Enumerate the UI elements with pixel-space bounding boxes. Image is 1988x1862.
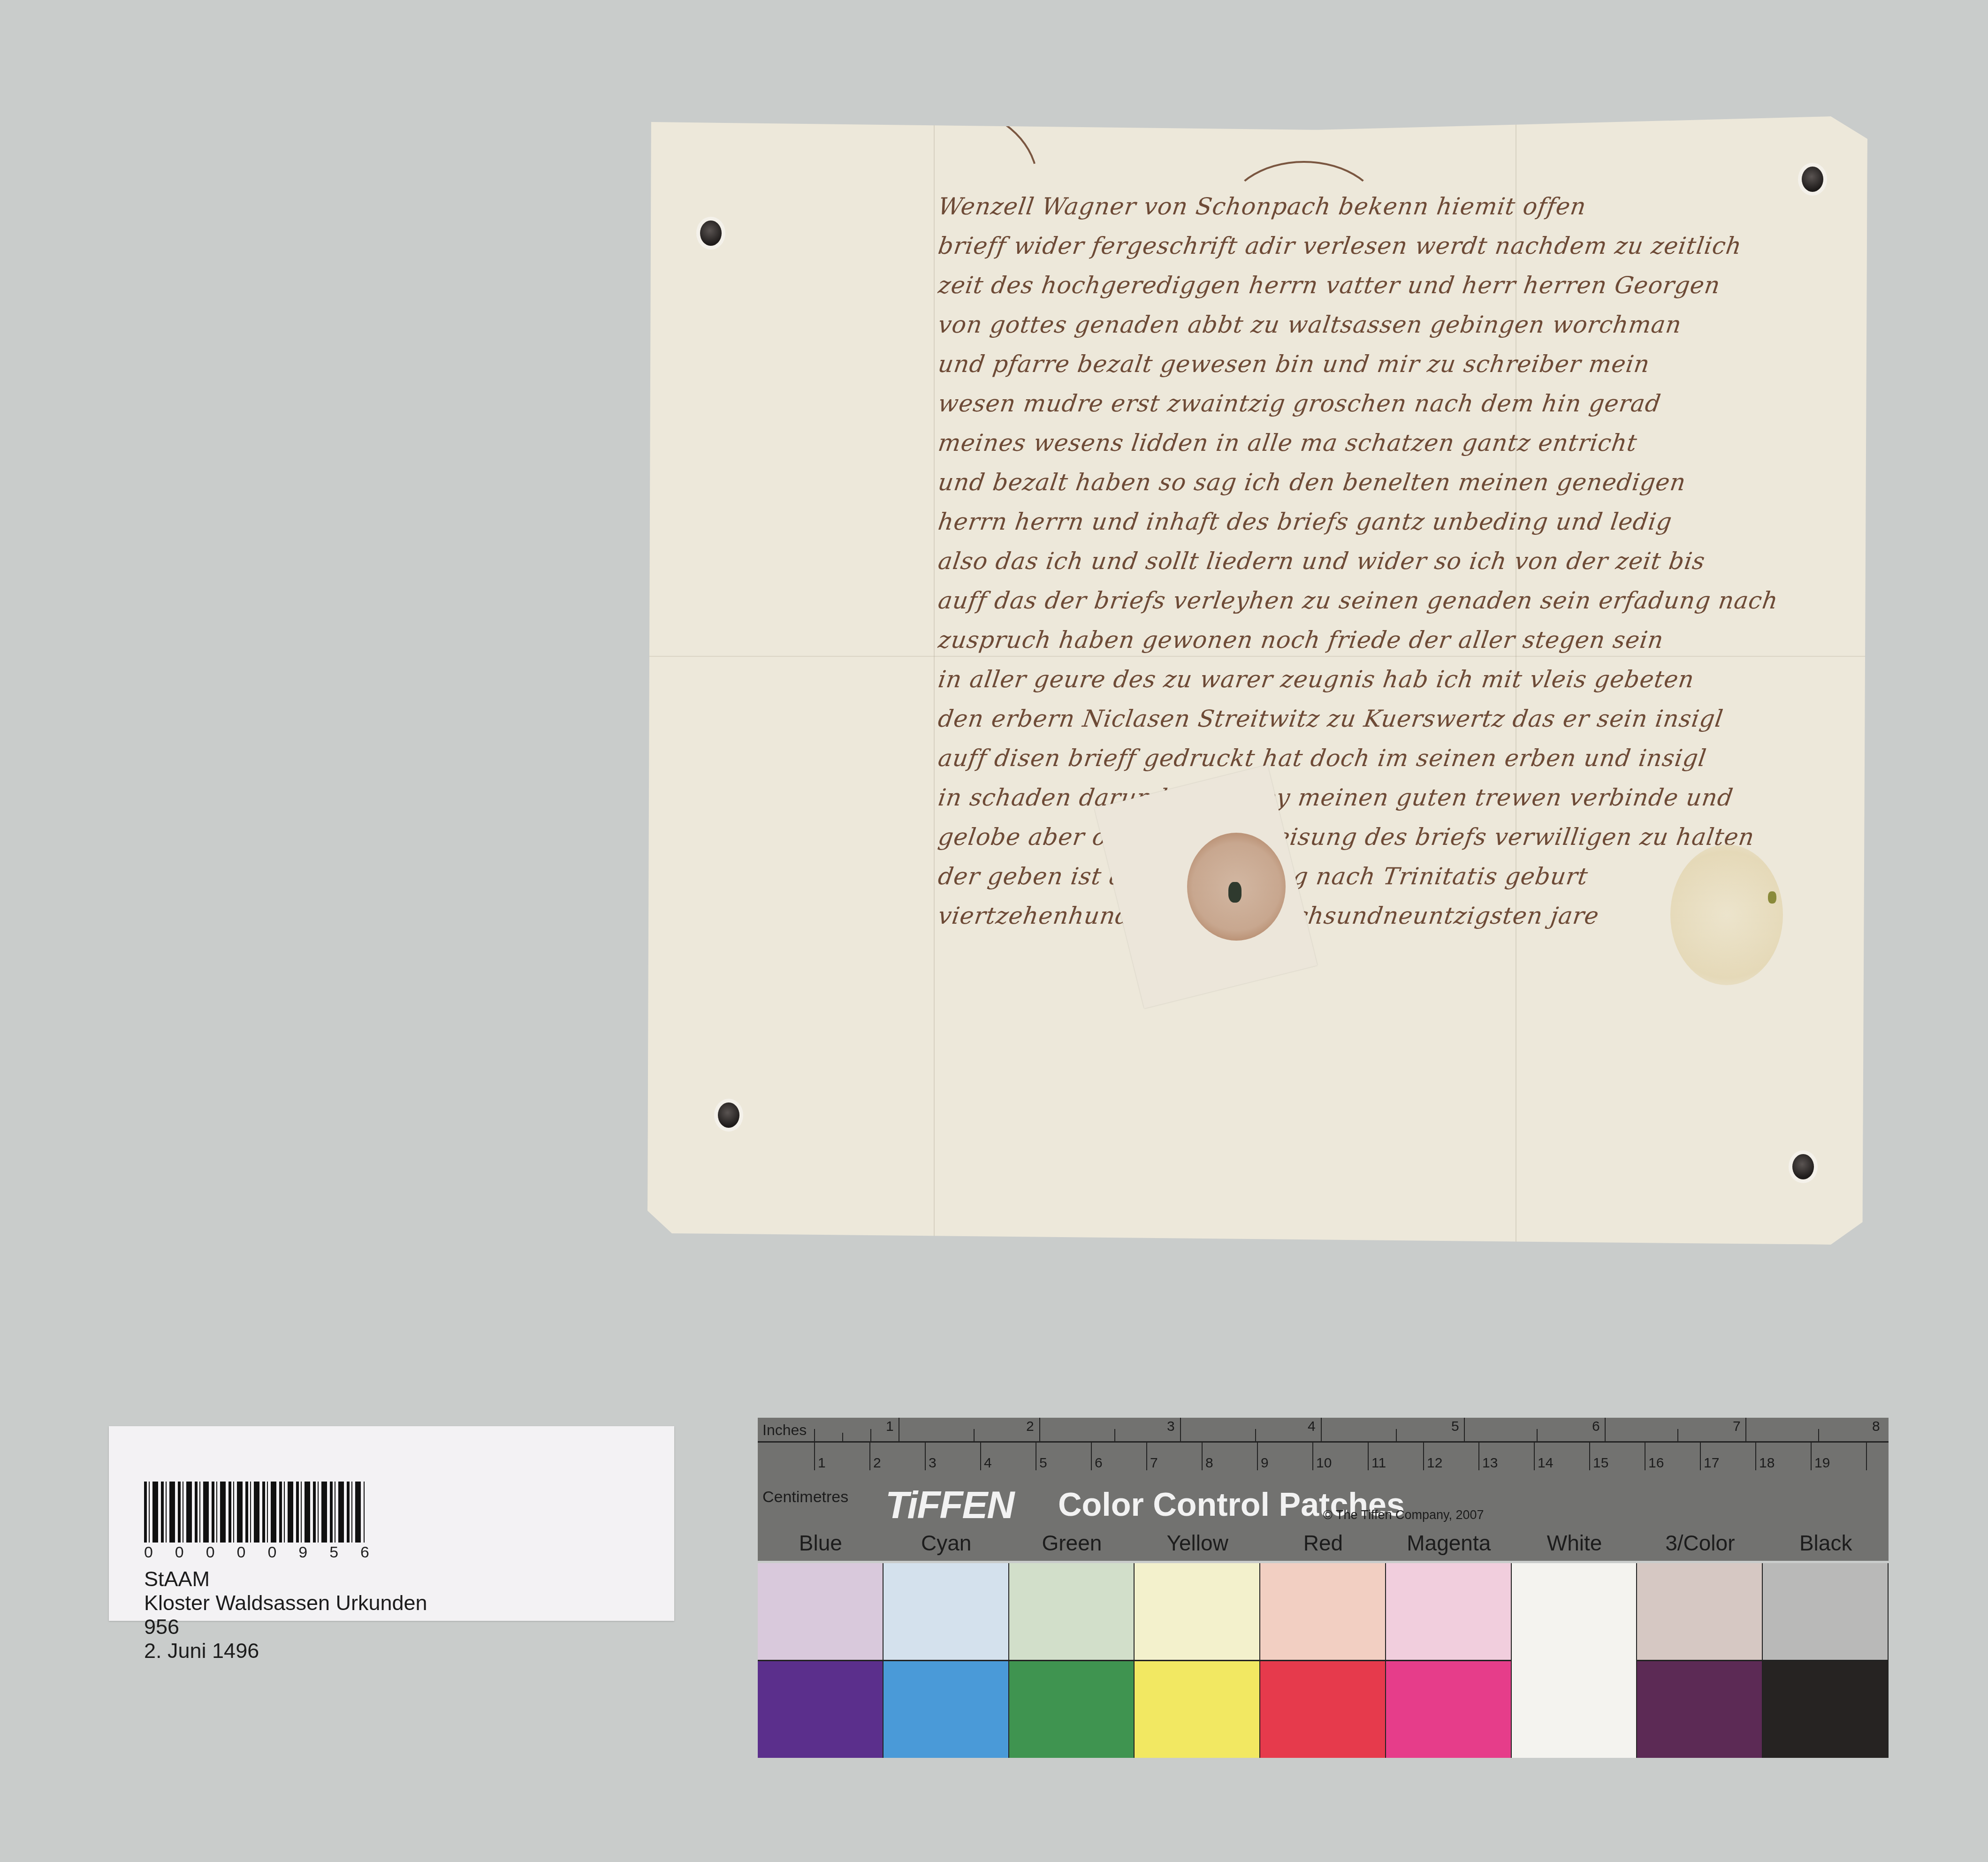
cm-tick-label: 11 [1371, 1455, 1386, 1471]
barcode-digit: 9 [298, 1543, 307, 1562]
inch-ruler: Inches 1 2 3 4 5 6 7 8 [758, 1418, 1889, 1443]
cm-tick-label: 14 [1538, 1455, 1553, 1471]
patch-light [1009, 1563, 1134, 1661]
archive-label: 0 0 0 0 0 9 5 6 StAAM Kloster Waldsassen… [109, 1426, 674, 1621]
inches-label: Inches [762, 1421, 807, 1439]
collection-name: Kloster Waldsassen Urkunden [144, 1591, 427, 1615]
cm-tick-label: 13 [1482, 1455, 1498, 1471]
mount-hole [1802, 167, 1823, 192]
mount-hole [718, 1102, 739, 1128]
patch-saturated [1512, 1661, 1637, 1758]
color-patch-yellow [1135, 1563, 1260, 1758]
manuscript-line: also das ich und sollt liedern und wider… [936, 541, 1828, 581]
manuscript-line: und bezalt haben so sag ich den benelten… [936, 463, 1828, 502]
archive-name: StAAM [144, 1567, 427, 1591]
manuscript-line: auff das der briefs verleyhen zu seinen … [936, 581, 1828, 620]
seal-attachment [1228, 882, 1242, 903]
cm-tick-label: 19 [1814, 1455, 1830, 1471]
inch-tick-label: 6 [1592, 1419, 1600, 1435]
charter-document: Wenzell Wagner von Schonpach bekenn hiem… [647, 116, 1867, 1245]
patch-saturated [1763, 1661, 1888, 1758]
inch-tick-label: 5 [1451, 1419, 1459, 1435]
cm-tick-label: 16 [1648, 1455, 1664, 1471]
manuscript-line: von gottes genaden abbt zu waltsassen ge… [936, 305, 1828, 344]
manuscript-line: wesen mudre erst zwaintzig groschen nach… [936, 384, 1828, 423]
cm-tick-label: 18 [1759, 1455, 1775, 1471]
patch-label: Yellow [1135, 1530, 1260, 1556]
patch-light [1763, 1563, 1888, 1661]
inch-tick-label: 4 [1308, 1419, 1316, 1435]
patch-light [1386, 1563, 1511, 1661]
barcode-digit: 0 [175, 1543, 184, 1562]
seal-residue [1768, 891, 1776, 904]
manuscript-text: Wenzell Wagner von Schonpach bekenn hiem… [938, 187, 1825, 935]
manuscript-line: den erbern Niclasen Streitwitz zu Kuersw… [936, 699, 1828, 738]
patch-saturated [758, 1661, 883, 1758]
patch-label: Black [1763, 1530, 1889, 1556]
barcode [144, 1482, 365, 1543]
color-patch-green [1009, 1563, 1135, 1758]
color-patch-3-color [1637, 1563, 1763, 1758]
cm-tick-label: 9 [1261, 1455, 1269, 1471]
color-control-chart: Inches 1 2 3 4 5 6 7 8 1 2 3 4 5 6 7 8 [758, 1418, 1889, 1758]
barcode-digit: 0 [267, 1543, 276, 1562]
cm-tick-label: 17 [1704, 1455, 1719, 1471]
patch-saturated [1260, 1661, 1385, 1758]
missing-seal-stain [1670, 844, 1783, 985]
inch-tick-label: 2 [1026, 1419, 1034, 1435]
color-patch-black [1763, 1563, 1889, 1758]
color-patch-blue [758, 1563, 884, 1758]
cm-tick-label: 8 [1205, 1455, 1213, 1471]
manuscript-line: auff disen brieff gedruckt hat doch im s… [936, 738, 1828, 778]
manuscript-line: und pfarre bezalt gewesen bin und mir zu… [936, 344, 1828, 384]
barcode-number: 0 0 0 0 0 9 5 6 [144, 1543, 369, 1562]
patch-saturated [884, 1661, 1008, 1758]
cm-ruler: 1 2 3 4 5 6 7 8 9 10 11 12 13 14 15 16 1… [758, 1442, 1889, 1475]
patch-label: Green [1009, 1530, 1135, 1556]
patch-label: Magenta [1386, 1530, 1512, 1556]
patch-label: White [1512, 1530, 1638, 1556]
tiffen-logo: TiFFEN [885, 1483, 1013, 1528]
document-number: 956 [144, 1615, 427, 1639]
patch-light [1637, 1563, 1762, 1661]
patch-label: 3/Color [1637, 1530, 1763, 1556]
color-patches [758, 1563, 1889, 1758]
manuscript-line: in schaden darunder ich bey meinen guten… [936, 778, 1828, 817]
cm-tick-label: 15 [1593, 1455, 1608, 1471]
inch-tick-label: 1 [886, 1419, 894, 1435]
fold-line [934, 116, 935, 1245]
manuscript-line: herrn herrn und inhaft des briefs gantz … [936, 502, 1828, 541]
patch-light [758, 1563, 883, 1661]
manuscript-line: in aller geure des zu warer zeugnis hab … [936, 660, 1828, 699]
barcode-digit: 6 [360, 1543, 369, 1562]
patch-light [1512, 1563, 1637, 1661]
patch-label: Blue [758, 1530, 884, 1556]
cm-tick-label: 2 [873, 1455, 881, 1471]
cm-tick-label: 5 [1039, 1455, 1047, 1471]
cm-tick-label: 10 [1316, 1455, 1332, 1471]
color-patch-white [1512, 1563, 1638, 1758]
patch-labels: Blue Cyan Green Yellow Red Magenta White… [758, 1530, 1889, 1556]
color-patch-cyan [884, 1563, 1009, 1758]
color-patch-magenta [1386, 1563, 1512, 1758]
manuscript-line: zuspruch haben gewonen noch friede der a… [936, 620, 1828, 660]
patch-saturated [1135, 1661, 1259, 1758]
mount-hole [700, 220, 722, 246]
cm-tick-label: 12 [1427, 1455, 1442, 1471]
centimetres-label: Centimetres [762, 1488, 848, 1506]
document-date: 2. Juni 1496 [144, 1639, 427, 1663]
manuscript-line: zeit des hochgerediggen herrn vatter und… [936, 266, 1828, 305]
patch-saturated [1637, 1661, 1762, 1758]
manuscript-line: Wenzell Wagner von Schonpach bekenn hiem… [936, 187, 1828, 226]
patch-label: Cyan [884, 1530, 1009, 1556]
barcode-digit: 0 [206, 1543, 215, 1562]
inch-tick-label: 7 [1733, 1419, 1741, 1435]
barcode-digit: 5 [329, 1543, 338, 1562]
chart-header: Inches 1 2 3 4 5 6 7 8 1 2 3 4 5 6 7 8 [758, 1418, 1889, 1561]
patch-light [884, 1563, 1008, 1661]
patch-light [1135, 1563, 1259, 1661]
patch-label: Red [1260, 1530, 1386, 1556]
patch-saturated [1009, 1661, 1134, 1758]
inch-tick-label: 3 [1167, 1419, 1175, 1435]
inch-tick-label: 8 [1872, 1419, 1880, 1435]
cm-tick-label: 7 [1150, 1455, 1158, 1471]
cm-tick-label: 4 [984, 1455, 992, 1471]
manuscript-line: gelobe aber obgemelt vorweisung des brie… [936, 817, 1828, 857]
mount-hole [1792, 1154, 1814, 1179]
patch-light [1260, 1563, 1385, 1661]
patch-saturated [1386, 1661, 1511, 1758]
cm-tick-label: 1 [818, 1455, 826, 1471]
cm-tick-label: 3 [929, 1455, 937, 1471]
manuscript-line: meines wesens lidden in alle ma schatzen… [936, 423, 1828, 463]
manuscript-line: brieff wider fergeschrift adir verlesen … [936, 226, 1828, 266]
barcode-digit: 0 [237, 1543, 246, 1562]
cm-tick-label: 6 [1095, 1455, 1103, 1471]
barcode-digit: 0 [144, 1543, 153, 1562]
copyright: © The Tiffen Company, 2007 [1323, 1508, 1484, 1522]
color-patch-red [1260, 1563, 1386, 1758]
